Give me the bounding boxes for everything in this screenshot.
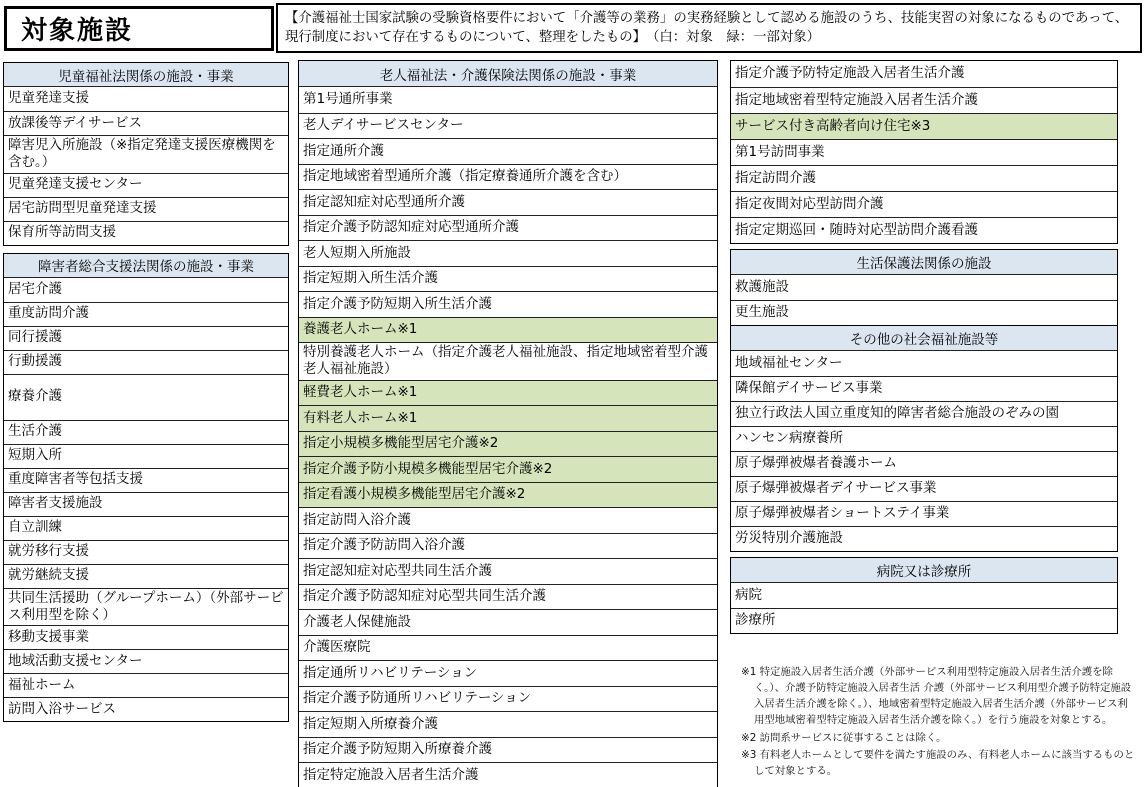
- footnote: ※2 訪問系サービスに従事することは除く。: [741, 730, 1135, 746]
- footnote: ※1 特定施設入居者生活介護（外部サービス利用型特定施設入居者生活介護を除く。）…: [741, 664, 1135, 729]
- table-row: 居宅介護: [4, 278, 288, 302]
- table-row: 訪問入浴サービス: [4, 697, 288, 721]
- table-row: 障害児入所施設（※指定発達支援医療機関を含む。）: [4, 135, 288, 173]
- table-row: 同行援護: [4, 326, 288, 350]
- table-row: 診療所: [731, 608, 1117, 633]
- table-row: 短期入所: [4, 444, 288, 468]
- table-row: 更生施設: [731, 300, 1117, 325]
- section-header: 障害者総合支援法関係の施設・事業: [4, 254, 288, 278]
- table-row: 就労移行支援: [4, 540, 288, 564]
- footnote: ※3 有料老人ホームとして要件を満たす施設のみ、有料老人ホームに該当するものとし…: [741, 747, 1135, 779]
- table-row: 指定介護予防認知症対応型共同生活介護: [299, 584, 717, 610]
- page-title-box: 対象施設: [4, 6, 274, 51]
- table-row: 指定小規模多機能型居宅介護※2: [299, 431, 717, 457]
- table-row: 原子爆弾被爆者養護ホーム: [731, 451, 1117, 476]
- table-row: 生活介護: [4, 420, 288, 444]
- table-row: 指定地域密着型通所介護（指定療養通所介護を含む）: [299, 164, 717, 190]
- section-header: 病院又は診療所: [731, 558, 1117, 583]
- table-row: 指定通所リハビリテーション: [299, 660, 717, 686]
- table-row: 指定認知症対応型共同生活介護: [299, 558, 717, 584]
- table-row: 隣保館デイサービス事業: [731, 376, 1117, 401]
- facility-table: 生活保護法関係の施設救護施設更生施設: [730, 249, 1118, 326]
- table-row: 指定看護小規模多機能型居宅介護※2: [299, 482, 717, 508]
- facility-table: 老人福祉法・介護保険法関係の施設・事業第1号通所事業老人デイサービスセンター指定…: [298, 60, 718, 787]
- table-row: 指定訪問介護: [731, 165, 1117, 191]
- facility-column-3: 指定介護予防特定施設入居者生活介護指定地域密着型特定施設入居者生活介護サービス付…: [730, 60, 1118, 634]
- document-page: 対象施設 【介護福祉士国家試験の受験資格要件において「介護等の業務」の実務経験と…: [0, 0, 1146, 787]
- table-row: 療養介護: [4, 374, 288, 420]
- table-row: 養護老人ホーム※1: [299, 317, 717, 343]
- table-row: 指定地域密着型特定施設入居者生活介護: [731, 87, 1117, 113]
- table-row: 指定介護予防訪問入浴介護: [299, 533, 717, 559]
- header-note-text: 【介護福祉士国家試験の受験資格要件において「介護等の業務」の実務経験として認める…: [285, 11, 1128, 45]
- table-row: 指定介護予防小規模多機能型居宅介護※2: [299, 456, 717, 482]
- table-row: 行動援護: [4, 350, 288, 374]
- table-row: 障害者支援施設: [4, 492, 288, 516]
- header-note: 【介護福祉士国家試験の受験資格要件において「介護等の業務」の実務経験として認める…: [276, 3, 1142, 53]
- table-row: 児童発達支援: [4, 87, 288, 111]
- table-row: 特別養護老人ホーム（指定介護老人福祉施設、指定地域密着型介護老人福祉施設）: [299, 342, 717, 380]
- table-row: 重度訪問介護: [4, 302, 288, 326]
- table-row: 病院: [731, 583, 1117, 608]
- table-row: 原子爆弾被爆者ショートステイ事業: [731, 501, 1117, 526]
- section-header: 児童福祉法関係の施設・事業: [4, 63, 288, 87]
- table-row: 共同生活援助（グループホーム）（外部サービス利用型を除く）: [4, 588, 288, 626]
- table-row: 救護施設: [731, 275, 1117, 300]
- table-row: 児童発達支援センター: [4, 173, 288, 197]
- table-row: 指定短期入所療養介護: [299, 711, 717, 737]
- table-row: サービス付き高齢者向け住宅※3: [731, 113, 1117, 139]
- table-row: 老人短期入所施設: [299, 240, 717, 266]
- table-row: 軽費老人ホーム※1: [299, 380, 717, 406]
- facility-table: 障害者総合支援法関係の施設・事業居宅介護重度訪問介護同行援護行動援護療養介護生活…: [3, 253, 289, 723]
- table-row: 指定介護予防通所リハビリテーション: [299, 686, 717, 712]
- section-header: 老人福祉法・介護保険法関係の施設・事業: [299, 61, 717, 87]
- table-row: 移動支援事業: [4, 625, 288, 649]
- facility-column-2: 老人福祉法・介護保険法関係の施設・事業第1号通所事業老人デイサービスセンター指定…: [298, 60, 718, 787]
- table-row: 指定通所介護: [299, 138, 717, 164]
- table-row: 就労継続支援: [4, 564, 288, 588]
- table-row: 指定介護予防短期入所療養介護: [299, 737, 717, 763]
- table-row: 自立訓練: [4, 516, 288, 540]
- table-row: 介護老人保健施設: [299, 609, 717, 635]
- page-title: 対象施設: [21, 10, 133, 47]
- table-row: 指定認知症対応型通所介護: [299, 189, 717, 215]
- facility-table: 児童福祉法関係の施設・事業児童発達支援放課後等デイサービス障害児入所施設（※指定…: [3, 62, 289, 246]
- table-row: 地域活動支援センター: [4, 649, 288, 673]
- table-row: 指定特定施設入居者生活介護: [299, 762, 717, 787]
- facility-table: 病院又は診療所病院診療所: [730, 557, 1118, 634]
- table-row: 介護医療院: [299, 635, 717, 661]
- table-row: 保育所等訪問支援: [4, 221, 288, 245]
- table-row: 指定短期入所生活介護: [299, 266, 717, 292]
- table-row: 第1号訪問事業: [731, 139, 1117, 165]
- table-row: 原子爆弾被爆者デイサービス事業: [731, 476, 1117, 501]
- table-row: 居宅訪問型児童発達支援: [4, 197, 288, 221]
- table-row: 指定介護予防特定施設入居者生活介護: [731, 61, 1117, 87]
- table-row: 指定訪問入浴介護: [299, 507, 717, 533]
- table-row: 独立行政法人国立重度知的障害者総合施設のぞみの園: [731, 401, 1117, 426]
- table-row: 放課後等デイサービス: [4, 111, 288, 135]
- footnotes: ※1 特定施設入居者生活介護（外部サービス利用型特定施設入居者生活介護を除く。）…: [741, 664, 1135, 780]
- table-row: ハンセン病療養所: [731, 426, 1117, 451]
- table-row: 地域福祉センター: [731, 351, 1117, 376]
- table-row: 指定介護予防短期入所生活介護: [299, 291, 717, 317]
- section-header: その他の社会福祉施設等: [731, 326, 1117, 351]
- facility-column-1: 児童福祉法関係の施設・事業児童発達支援放課後等デイサービス障害児入所施設（※指定…: [3, 62, 289, 722]
- table-row: 指定夜間対応型訪問介護: [731, 191, 1117, 217]
- table-row: 重度障害者等包括支援: [4, 468, 288, 492]
- facility-table: その他の社会福祉施設等地域福祉センター隣保館デイサービス事業独立行政法人国立重度…: [730, 326, 1118, 552]
- table-row: 第1号通所事業: [299, 87, 717, 113]
- table-row: 指定定期巡回・随時対応型訪問介護看護: [731, 217, 1117, 243]
- facility-table: 指定介護予防特定施設入居者生活介護指定地域密着型特定施設入居者生活介護サービス付…: [730, 60, 1118, 244]
- section-header: 生活保護法関係の施設: [731, 250, 1117, 275]
- table-row: 労災特別介護施設: [731, 526, 1117, 551]
- table-row: 有料老人ホーム※1: [299, 405, 717, 431]
- table-row: 老人デイサービスセンター: [299, 113, 717, 139]
- table-row: 福祉ホーム: [4, 673, 288, 697]
- table-row: 指定介護予防認知症対応型通所介護: [299, 215, 717, 241]
